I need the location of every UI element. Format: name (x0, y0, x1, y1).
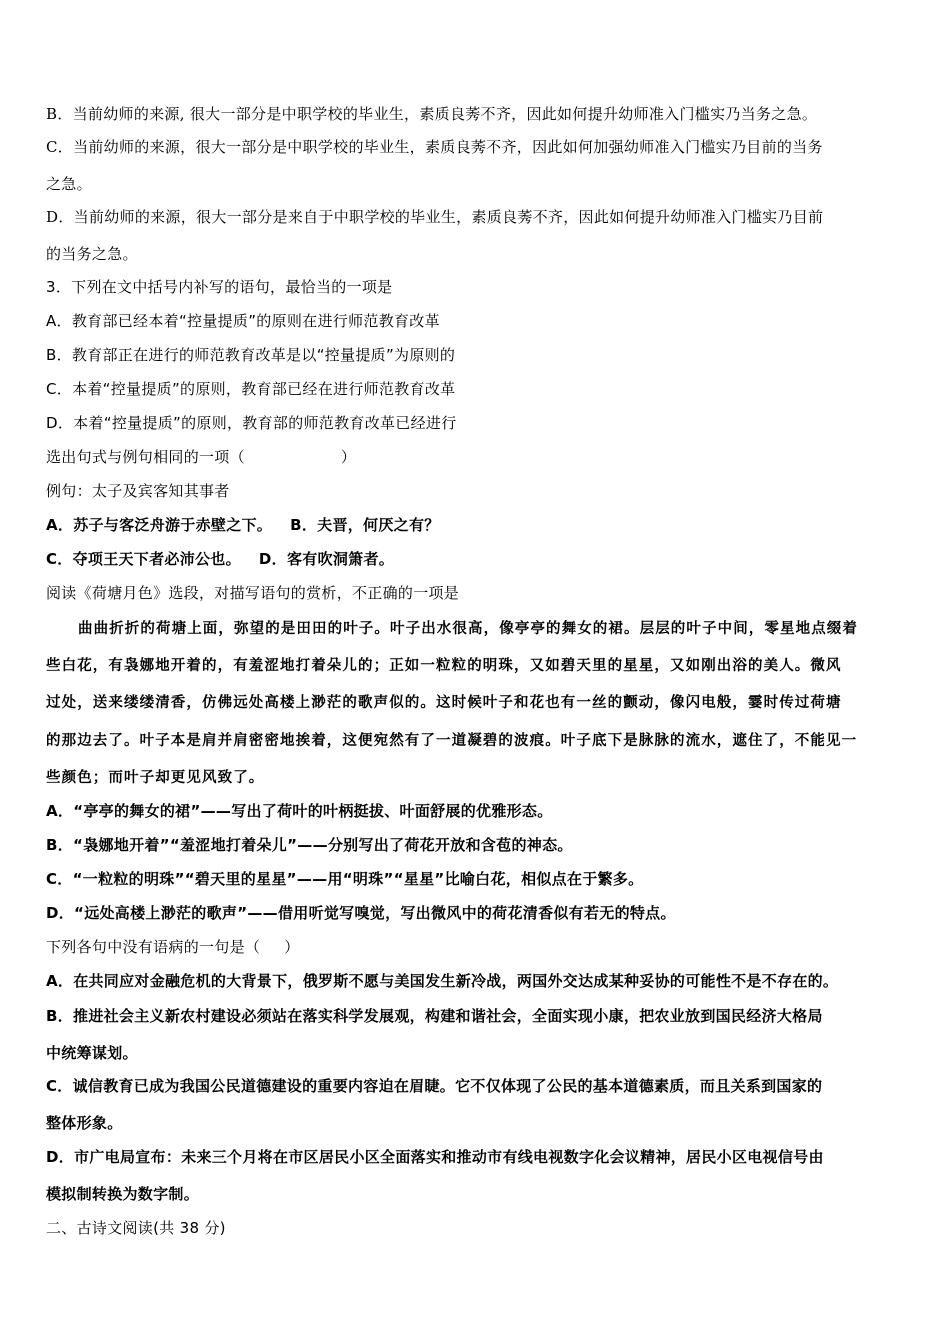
q5-passage-line5: 些颜色；而叶子却更见风致了。 (46, 768, 264, 788)
q6-option-d-line2: 模拟制转换为数字制。 (46, 1184, 199, 1204)
q4-option-a: A．苏子与客泛舟游于赤壁之下。 (46, 516, 272, 534)
q4-options-ab: A．苏子与客泛舟游于赤壁之下。B．夫晋，何厌之有？ (46, 515, 440, 535)
q3-option-a: A．教育部已经本着“控量提质”的原则在进行师范教育改革 (46, 311, 440, 331)
q5-passage-line2: 些白花，有袅娜地开着的，有羞涩地打着朵儿的；正如一粒粒的明珠，又如碧天里的星星，… (46, 656, 842, 676)
q6-stem-text: 下列各句中没有语病的一句是（ (46, 938, 260, 956)
q6-stem: 下列各句中没有语病的一句是（） (46, 937, 300, 957)
q6-option-d-line1: D．市广电局宣布：未来三个月将在市区居民小区全面落实和推动市有线电视数字化会议精… (46, 1147, 824, 1167)
q5-passage-line3: 过处，送来缕缕清香，仿佛远处高楼上渺茫的歌声似的。这时候叶子和花也有一丝的颤动，… (46, 693, 842, 713)
q2-option-d-line1: D．当前幼师的来源，很大一部分是来自于中职学校的毕业生，素质良莠不齐，因此如何提… (46, 207, 823, 227)
q5-passage-line4: 的那边去了。叶子本是肩并肩密密地挨着，这便宛然有了一道凝碧的波痕。叶子底下是脉脉… (46, 731, 857, 751)
q5-option-b: B．“袅娜地开着”“羞涩地打着朵儿”——分别写出了荷花开放和含苞的神态。 (46, 835, 573, 855)
q6-option-c-line2: 整体形象。 (46, 1113, 123, 1133)
q6-option-b-line1: B．推进社会主义新农村建设必须站在落实科学发展观，构建和谐社会，全面实现小康，把… (46, 1006, 823, 1026)
q4-option-b: B．夫晋，何厌之有？ (290, 516, 439, 534)
q6-option-c-line1: C．诚信教育已成为我国公民道德建设的重要内容迫在眉睫。它不仅体现了公民的基本道德… (46, 1076, 822, 1096)
q4-example: 例句：太子及宾客知其事者 (46, 481, 230, 501)
q3-stem: 3．下列在文中括号内补写的语句，最恰当的一项是 (46, 277, 392, 297)
q5-passage-line1: 曲曲折折的荷塘上面，弥望的是田田的叶子。叶子出水很高，像亭亭的舞女的裙。层层的叶… (78, 619, 858, 639)
q2-option-c-line2: 之急。 (46, 174, 92, 194)
q3-option-d: D．本着“控量提质”的原则，教育部的师范教育改革已经进行 (46, 413, 457, 433)
section-two-heading: 二、古诗文阅读(共 38 分) (46, 1218, 226, 1238)
q5-stem: 阅读《荷塘月色》选段，对描写语句的赏析，不正确的一项是 (46, 583, 459, 603)
q3-option-c: C．本着“控量提质”的原则，教育部已经在进行师范教育改革 (46, 379, 455, 399)
q6-stem-close: ） (284, 938, 299, 956)
q2-option-b: B．当前幼师的来源, 很大一部分是中职学校的毕业生，素质良莠不齐，因此如何提升幼… (46, 104, 817, 124)
q4-option-d: D．客有吹洞箫者。 (259, 550, 394, 568)
q6-option-a: A．在共同应对金融危机的大背景下，俄罗斯不愿与美国发生新冷战，两国外交达成某种妥… (46, 971, 838, 991)
q3-option-b: B．教育部正在进行的师范教育改革是以“控量提质”为原则的 (46, 345, 455, 365)
q4-stem-text: 选出句式与例句相同的一项（ (46, 448, 245, 466)
q5-option-d: D．“远处高楼上渺茫的歌声”——借用听觉写嗅觉，写出微风中的荷花清香似有若无的特… (46, 903, 676, 923)
q4-option-c: C．夺项王天下者必沛公也。 (46, 550, 241, 568)
q5-option-a: A．“亭亭的舞女的裙”——写出了荷叶的叶柄挺拔、叶面舒展的优雅形态。 (46, 801, 553, 821)
q6-option-b-line2: 中统筹谋划。 (46, 1043, 138, 1063)
q2-option-c-line1: C．当前幼师的来源，很大一部分是中职学校的毕业生，素质良莠不齐，因此如何加强幼师… (46, 137, 823, 157)
q2-option-d-line2: 的当务之急。 (46, 244, 138, 264)
q4-options-cd: C．夺项王天下者必沛公也。D．客有吹洞箫者。 (46, 549, 394, 569)
q4-stem-close: ） (341, 448, 356, 466)
q4-stem: 选出句式与例句相同的一项（） (46, 447, 356, 467)
q5-option-c: C．“一粒粒的明珠”“碧天里的星星”——用“明珠”“星星”比喻白花，相似点在于繁… (46, 869, 643, 889)
